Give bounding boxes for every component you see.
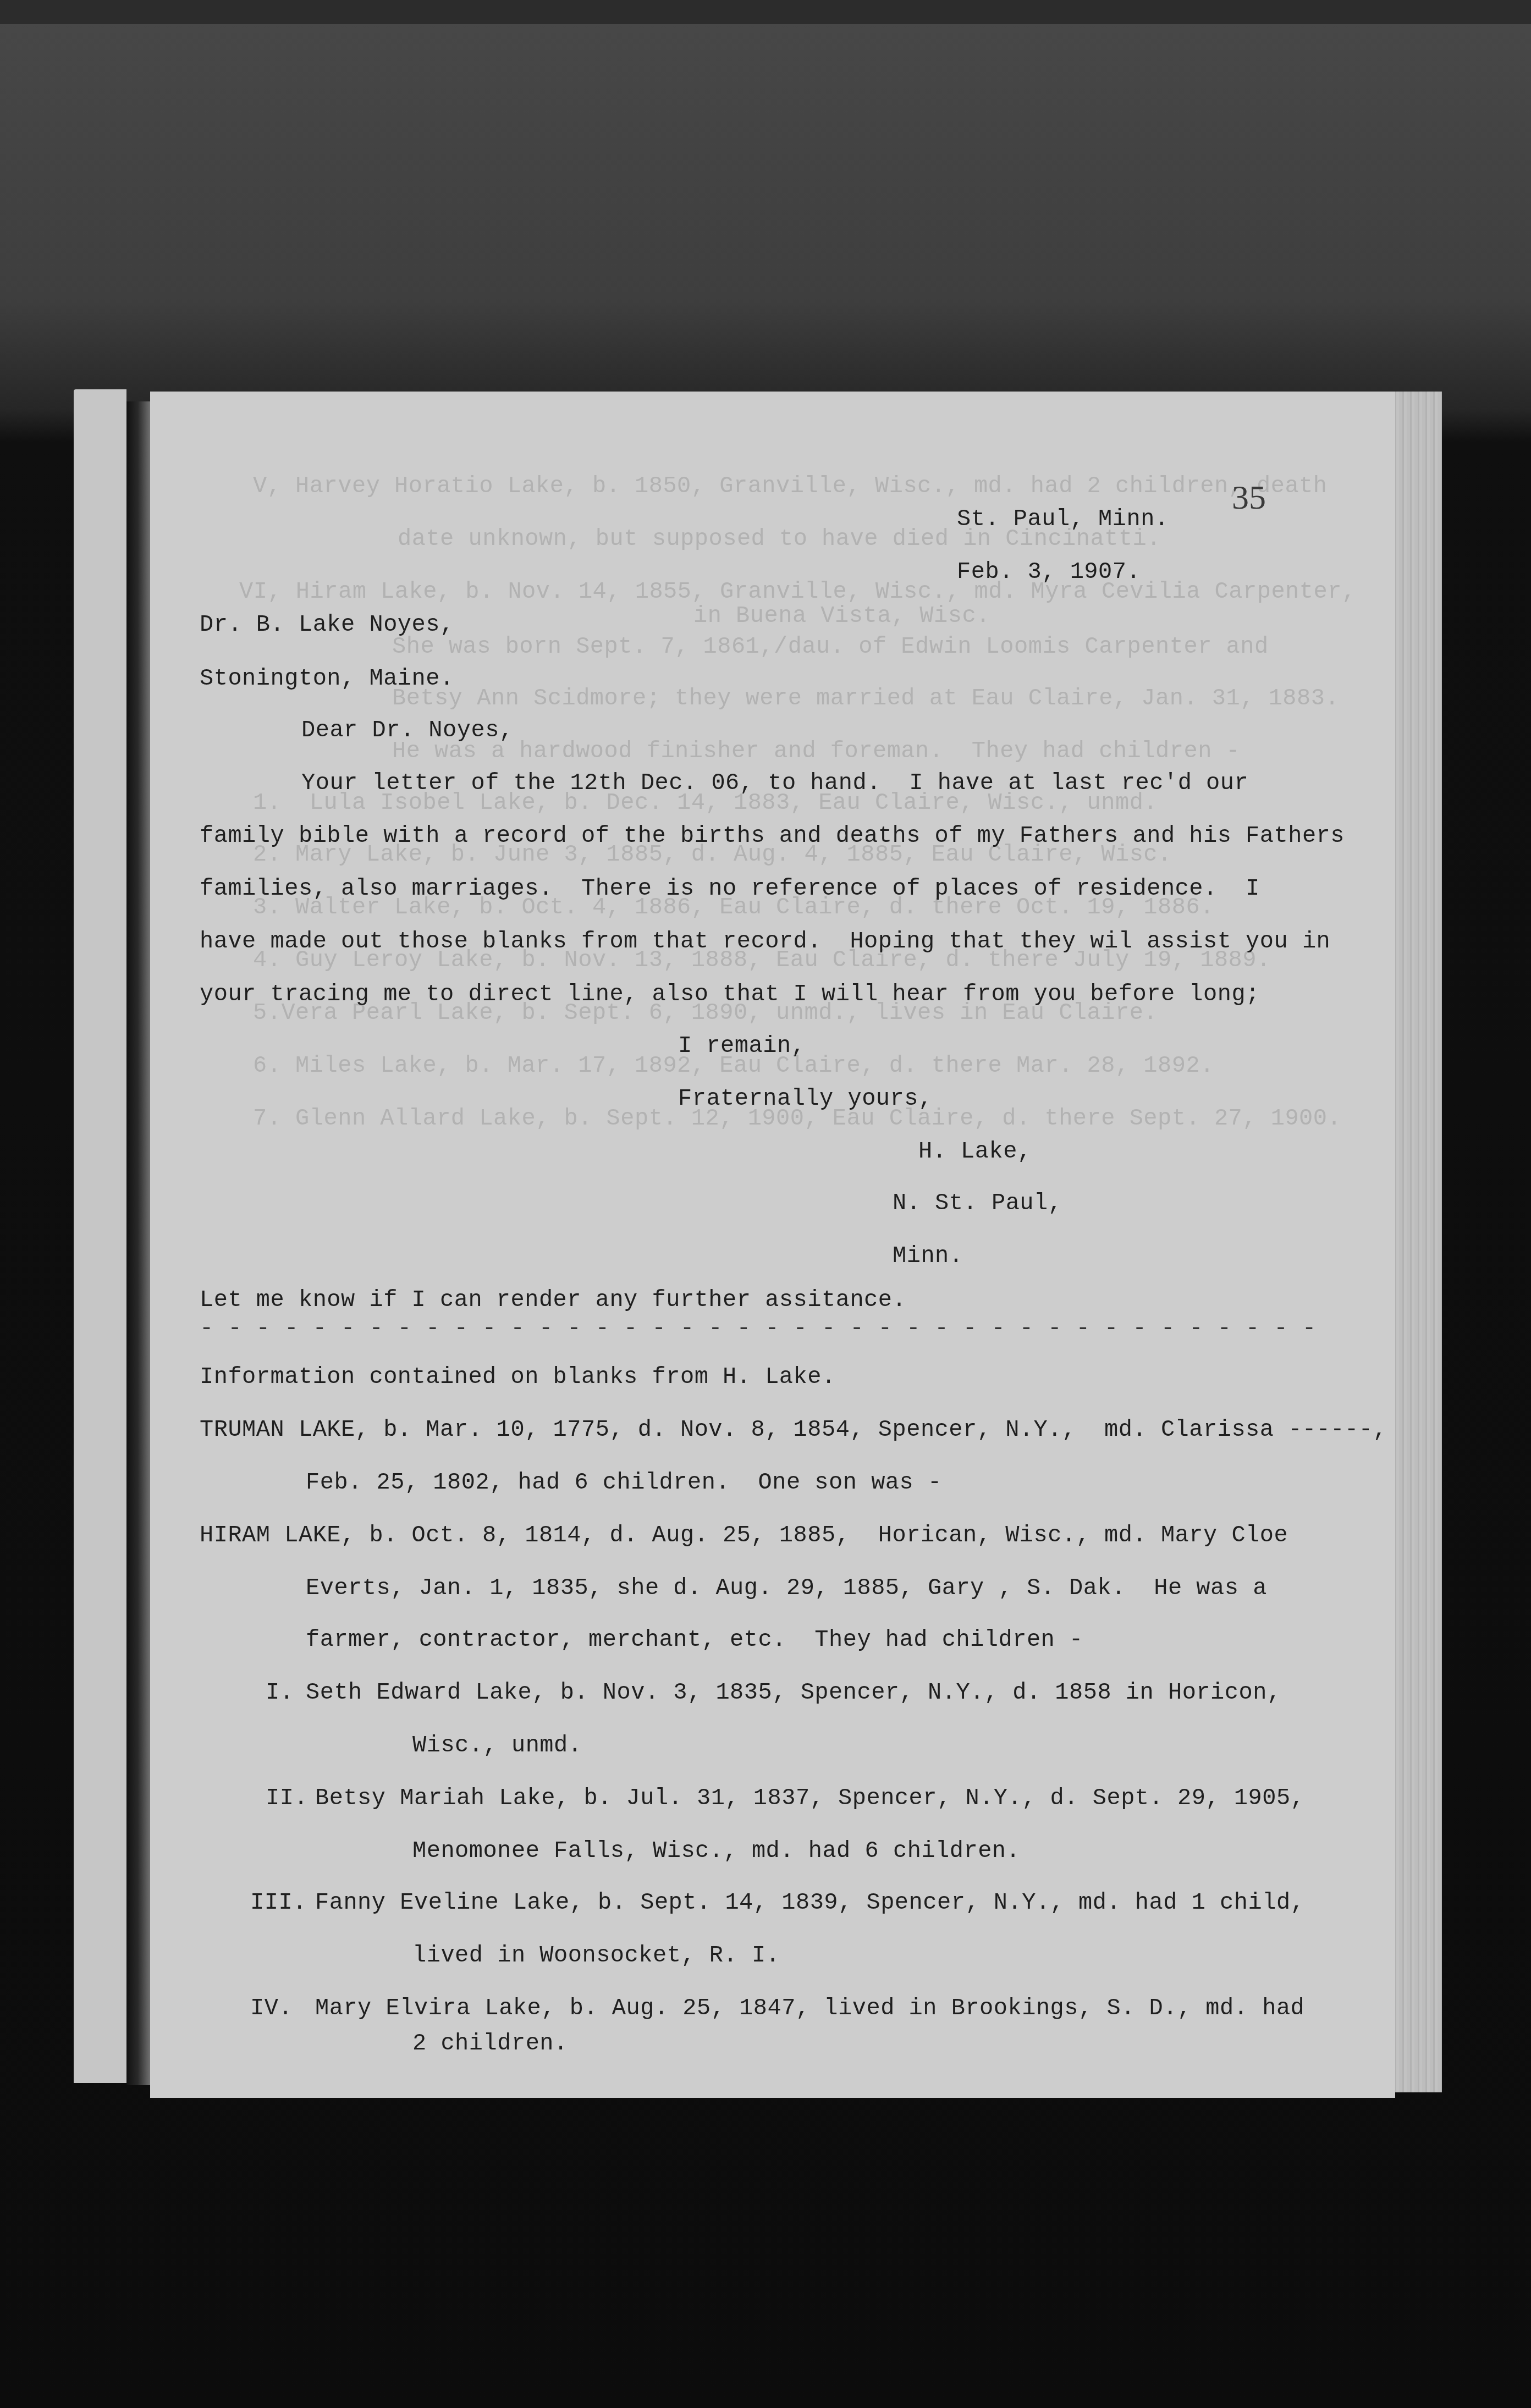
signature: H. Lake, [918, 1138, 1032, 1165]
bleed-line: He was a hardwood finisher and foreman. … [392, 738, 1240, 764]
bleed-line: VI, Hiram Lake, b. Nov. 14, 1855, Granvi… [239, 578, 1356, 605]
hiram-line-3: farmer, contractor, merchant, etc. They … [306, 1627, 1083, 1653]
child-entry: Fanny Eveline Lake, b. Sept. 14, 1839, S… [315, 1889, 1304, 1916]
hiram-line-2: Everts, Jan. 1, 1835, she d. Aug. 29, 18… [306, 1575, 1267, 1601]
child-entry: Seth Edward Lake, b. Nov. 3, 1835, Spenc… [306, 1679, 1281, 1706]
child-numeral: III. [250, 1889, 307, 1916]
dashed-separator: - - - - - - - - - - - - - - - - - - - - … [200, 1315, 1317, 1342]
letter-body-line: your tracing me to direct line, also tha… [200, 981, 1260, 1007]
child-numeral: I. [266, 1679, 294, 1706]
sender-city: N. St. Paul, [893, 1190, 1062, 1216]
child-entry-continued: Menomonee Falls, Wisc., md. had 6 childr… [412, 1838, 1020, 1864]
salutation: Dear Dr. Noyes, [301, 717, 514, 743]
truman-line-1: TRUMAN LAKE, b. Mar. 10, 1775, d. Nov. 8… [200, 1417, 1387, 1443]
hiram-line-1: HIRAM LAKE, b. Oct. 8, 1814, d. Aug. 25,… [200, 1522, 1288, 1549]
letter-body-line: families, also marriages. There is no re… [200, 875, 1260, 902]
child-entry-continued: 2 children. [412, 2030, 568, 2057]
sender-state: Minn. [893, 1243, 963, 1269]
page-number: 35 [1232, 478, 1266, 517]
child-entry: Mary Elvira Lake, b. Aug. 25, 1847, live… [315, 1995, 1304, 2021]
page-stack-edges [1391, 392, 1442, 2092]
scanner-top-band [0, 0, 1531, 24]
letter-place: St. Paul, Minn. [957, 506, 1169, 532]
letter-body-line: Your letter of the 12th Dec. 06, to hand… [301, 770, 1248, 796]
truman-line-2: Feb. 25, 1802, had 6 children. One son w… [306, 1469, 942, 1496]
letter-date: Feb. 3, 1907. [957, 559, 1141, 585]
child-numeral: IV. [250, 1995, 293, 2021]
child-entry-continued: Wisc., unmd. [412, 1732, 582, 1759]
child-entry-continued: lived in Woonsocket, R. I. [412, 1942, 780, 1969]
blanks-heading: Information contained on blanks from H. … [200, 1364, 836, 1390]
letter-body-line: family bible with a record of the births… [200, 823, 1345, 849]
closing-remain: I remain, [678, 1033, 805, 1059]
bleed-line: V, Harvey Horatio Lake, b. 1850, Granvil… [253, 473, 1328, 499]
recipient-name: Dr. B. Lake Noyes, [200, 611, 454, 638]
bleed-line: Betsy Ann Scidmore; they were married at… [392, 685, 1339, 712]
bleed-line: She was born Sept. 7, 1861,/dau. of Edwi… [392, 633, 1269, 660]
book-gutter [126, 401, 152, 2085]
postscript: Let me know if I can render any further … [200, 1287, 906, 1313]
document-page: V, Harvey Horatio Lake, b. 1850, Granvil… [150, 392, 1395, 2098]
left-page-edge [74, 389, 126, 2083]
child-numeral: II. [266, 1785, 308, 1811]
recipient-place: Stonington, Maine. [200, 665, 454, 692]
letter-body-line: have made out those blanks from that rec… [200, 928, 1330, 955]
bleed-line: in Buena Vista, Wisc. [693, 603, 990, 629]
child-entry: Betsy Mariah Lake, b. Jul. 31, 1837, Spe… [315, 1785, 1304, 1811]
closing-fraternally: Fraternally yours, [678, 1085, 933, 1112]
